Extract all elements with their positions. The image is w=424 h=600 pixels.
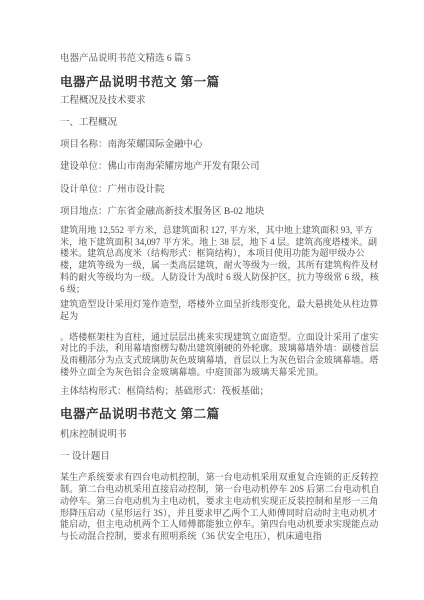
document-page: 电器产品说明书范文精选 6 篇 5 电器产品说明书范文 第一篇 工程概况及技术要…	[0, 0, 424, 600]
project-location-line: 项目地点：广东省金融高新技术服务区 B-02 地块	[60, 207, 380, 218]
building-shape-paragraph: 建筑造型设计采用灯笼作造型，塔楼外立面呈折线形变化，最大悬挑处从柱边算起为	[60, 299, 380, 322]
section1-part-label: 一、工程概况	[60, 118, 380, 129]
design-unit-line: 设计单位：广州市设计院	[60, 185, 380, 196]
section1-subheading: 工程概况及技术要求	[60, 96, 380, 107]
structure-form-line: 主体结构形式：框筒结构；基础形式：筏板基础；	[60, 387, 380, 398]
facade-paragraph: 。塔楼框架柱为直柱，通过层层出挑来实现建筑立面造型。立面设计采用了虚实对比的手法…	[60, 332, 380, 379]
building-overview-paragraph: 建筑用地 12,552 平方米，总建筑面积 127, 平方米，其中地上建筑面积 …	[60, 225, 380, 295]
doc-meta-line: 电器产品说明书范文精选 6 篇 5	[60, 54, 380, 65]
section2-part-label: 一 设计题目	[60, 452, 380, 463]
construction-unit-line: 建设单位：佛山市南海荣耀房地产开发有限公司	[60, 162, 380, 173]
section1-heading: 电器产品说明书范文 第一篇	[60, 75, 380, 89]
section2-subheading: 机床控制说明书	[60, 430, 380, 441]
motor-control-paragraph: 某生产系统要求有四台电动机控制，第一台电动机采用双重复合连锁的正反转控制。第二台…	[60, 472, 380, 542]
section2-heading: 电器产品说明书范文 第二篇	[60, 407, 380, 421]
project-name-line: 项目名称：南海荣耀国际金融中心	[60, 140, 380, 151]
